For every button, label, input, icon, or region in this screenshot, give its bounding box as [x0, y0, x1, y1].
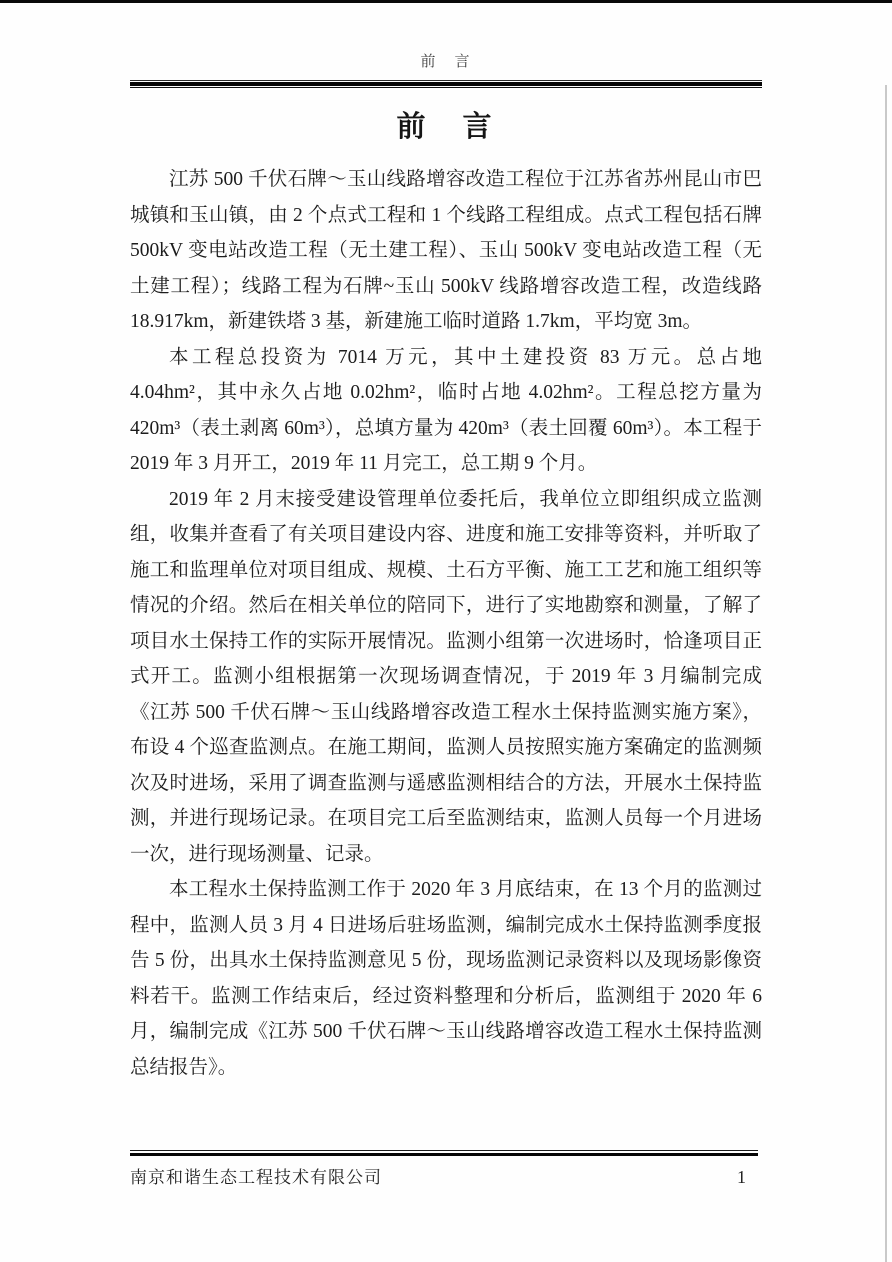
paragraph-3: 2019 年 2 月末接受建设管理单位委托后，我单位立即组织成立监测组，收集并查… [130, 482, 762, 873]
footer-company-name: 南京和谐生态工程技术有限公司 [130, 1163, 382, 1188]
paragraph-4: 本工程水土保持监测工作于 2020 年 3 月底结束，在 13 个月的监测过程中… [130, 872, 762, 1085]
footer-row: 南京和谐生态工程技术有限公司 1 [130, 1156, 758, 1188]
header-divider-rule [130, 80, 762, 88]
paragraph-2: 本工程总投资为 7014 万元，其中土建投资 83 万元。总占地 4.04hm²… [130, 340, 762, 482]
running-header: 前 言 [130, 0, 762, 71]
scan-right-edge-line [885, 85, 887, 1262]
page-content: 前 言 前 言 江苏 500 千伏石牌～玉山线路增容改造工程位于江苏省苏州昆山市… [130, 0, 762, 1085]
page-title: 前 言 [130, 104, 762, 145]
document-page: 前 言 前 言 江苏 500 千伏石牌～玉山线路增容改造工程位于江苏省苏州昆山市… [0, 0, 892, 1262]
body-text: 江苏 500 千伏石牌～玉山线路增容改造工程位于江苏省苏州昆山市巴城镇和玉山镇，… [130, 162, 762, 1085]
footer-page-number: 1 [737, 1167, 758, 1188]
page-footer: 南京和谐生态工程技术有限公司 1 [130, 1150, 758, 1188]
scan-top-edge-line [0, 0, 892, 3]
header-rule-thin-bottom [130, 87, 762, 88]
paragraph-1: 江苏 500 千伏石牌～玉山线路增容改造工程位于江苏省苏州昆山市巴城镇和玉山镇，… [130, 162, 762, 340]
